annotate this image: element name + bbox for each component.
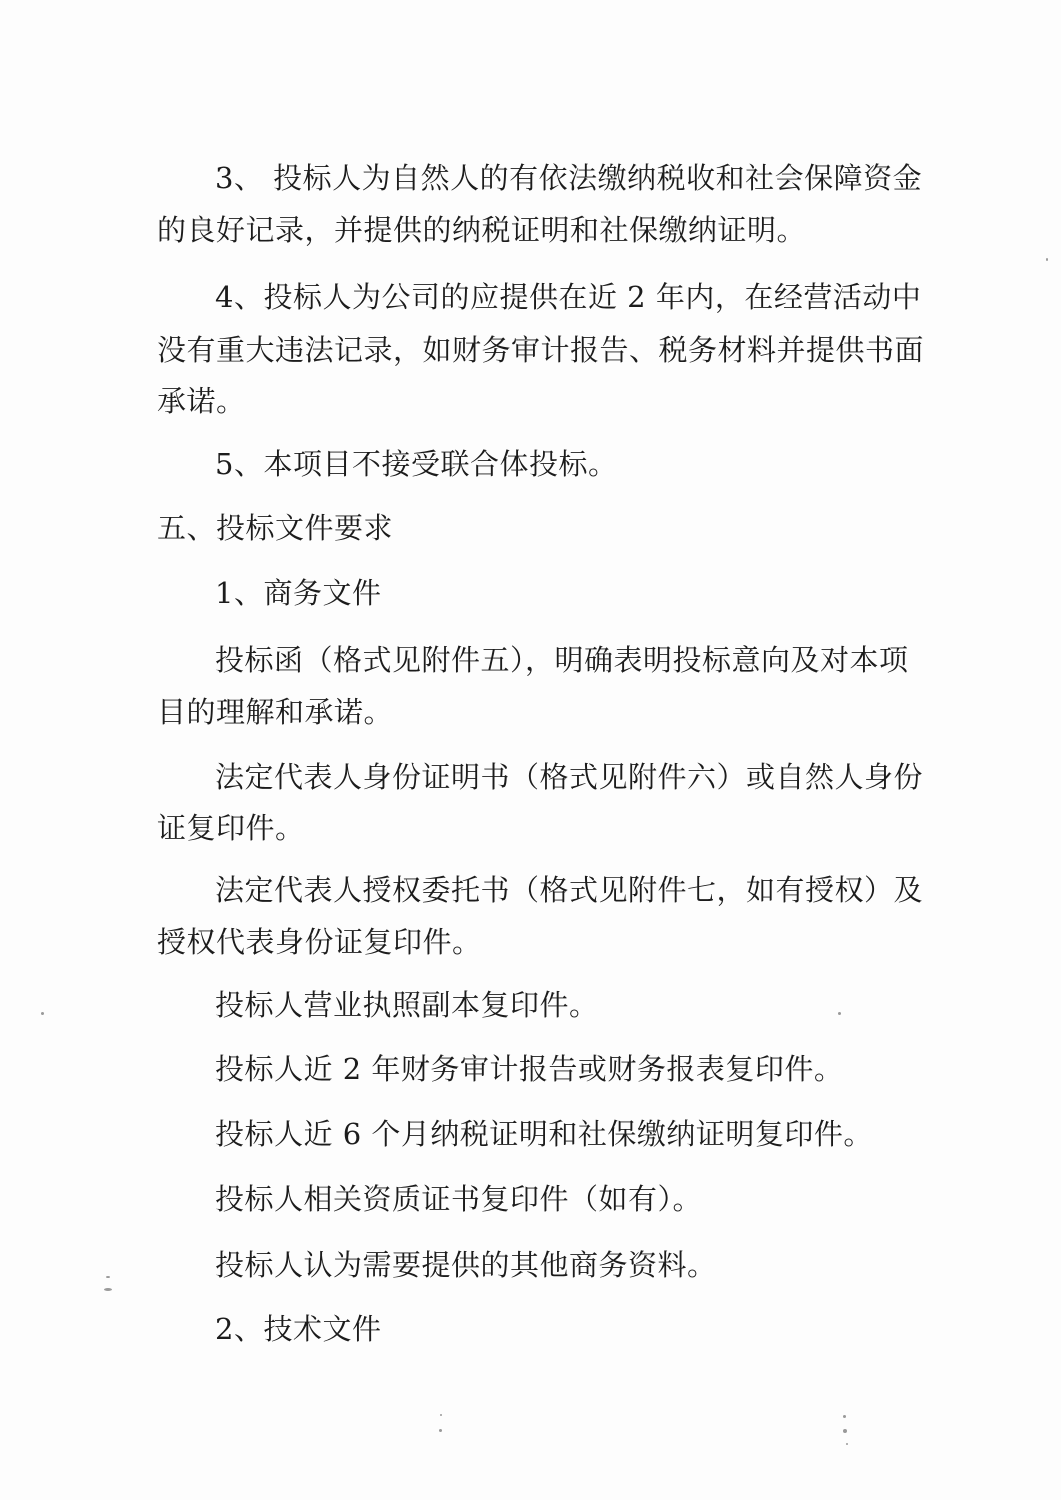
item-3-line-2: 的良好记录，并提供的纳税证明和社保缴纳证明。 [157, 210, 806, 250]
legal-rep-auth-line-1: 法定代表人授权委托书（格式见附件七，如有授权）及 [215, 870, 923, 910]
item-3-line-1: 3、 投标人为自然人的有依法缴纳税收和社会保障资金 [215, 158, 922, 198]
scan-speck [439, 1429, 442, 1432]
scan-speck [440, 1414, 442, 1416]
bid-letter-line-1: 投标函（格式见附件五），明确表明投标意向及对本项 [215, 640, 909, 680]
scan-speck [843, 1415, 846, 1418]
scan-speck [846, 1443, 848, 1445]
scan-speck [41, 1012, 44, 1015]
legal-rep-id-line-2: 证复印件。 [157, 808, 305, 848]
scan-speck [1046, 258, 1048, 261]
tax-social-security-line: 投标人近 6 个月纳税证明和社保缴纳证明复印件。 [215, 1114, 873, 1154]
item-5-line-1: 5、本项目不接受联合体投标。 [215, 444, 617, 484]
scanned-document-page: 3、 投标人为自然人的有依法缴纳税收和社会保障资金 的良好记录，并提供的纳税证明… [0, 0, 1061, 1500]
scan-speck [104, 1288, 112, 1291]
qualification-certs-line: 投标人相关资质证书复印件（如有）。 [215, 1179, 702, 1219]
legal-rep-auth-line-2: 授权代表身份证复印件。 [157, 922, 482, 962]
bid-letter-line-2: 目的理解和承诺。 [157, 692, 393, 732]
scan-speck [106, 1276, 110, 1278]
item-4-line-1: 4、投标人为公司的应提供在近 2 年内，在经营活动中 [215, 277, 921, 317]
subsection-2-heading: 2、技术文件 [215, 1309, 381, 1349]
item-4-line-2: 没有重大违法记录，如财务审计报告、税务材料并提供书面 [157, 330, 924, 370]
subsection-1-heading: 1、商务文件 [215, 573, 381, 613]
section-heading: 五、投标文件要求 [157, 508, 393, 548]
business-license-line: 投标人营业执照副本复印件。 [215, 985, 599, 1025]
scan-speck [843, 1429, 847, 1433]
other-materials-line: 投标人认为需要提供的其他商务资料。 [215, 1245, 717, 1285]
scan-speck [838, 1012, 841, 1015]
financial-audit-line: 投标人近 2 年财务审计报告或财务报表复印件。 [215, 1049, 843, 1089]
item-4-line-3: 承诺。 [157, 381, 246, 421]
legal-rep-id-line-1: 法定代表人身份证明书（格式见附件六）或自然人身份 [215, 757, 923, 797]
